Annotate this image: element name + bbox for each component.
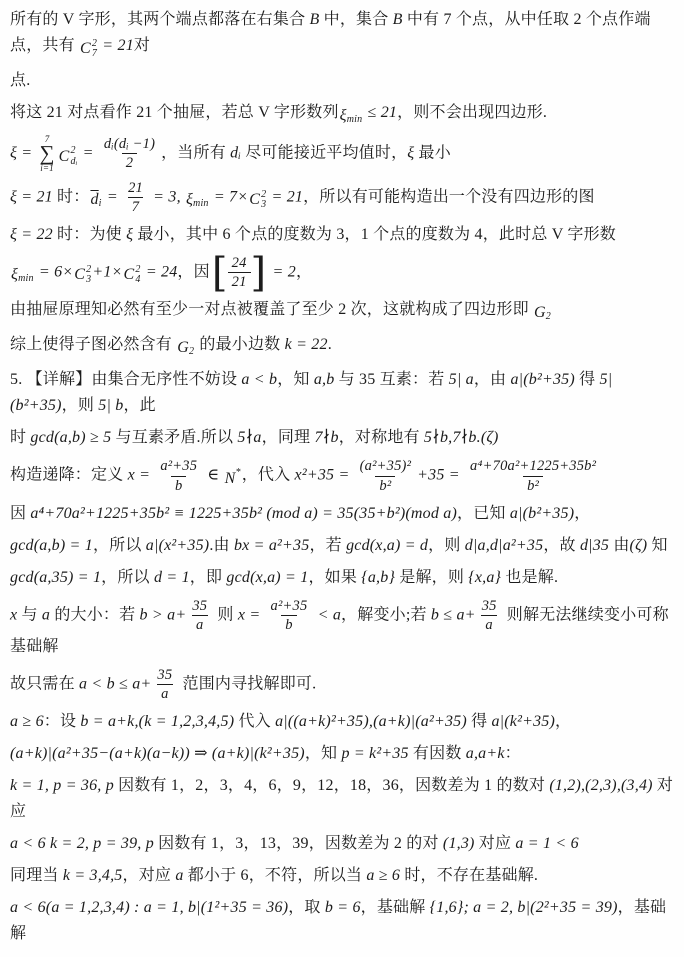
text-line: 同理当 k = 3,4,5，对应 a 都小于 6，不符，所以当 a ≥ 6 时，… [10,863,676,889]
numerator: dᵢ(dᵢ −1) [100,135,159,153]
math-run: = 7× [210,188,249,205]
math-fraction: 35a [188,597,211,634]
text-run: 综上使得子图必然含有 [10,336,176,353]
math-fraction: (a²+35)²b² [356,457,416,494]
text-run: ， [555,713,571,730]
math-run: b > a+ [140,606,187,623]
math-run: gcd(a,b) ≥ 5 [30,429,111,446]
denominator: 2 [122,153,137,172]
math-run: a [42,606,50,623]
text-run: 同理当 [10,867,63,884]
text-run: ，对称地有 [339,429,424,446]
math-run: < a [313,606,341,623]
math-scripts: 24 [135,265,140,286]
text-run: ，基础解 [361,899,430,916]
text-line: a ≥ 6：设 b = a+k,(k = 1,2,3,4,5) 代入 a|((a… [10,709,676,735]
math-run: d|a,d|a²+35 [465,537,544,554]
math-run: (1,2),(2,3),(3,4) [549,777,652,794]
math-sub: i [99,191,102,217]
text-run: 得 [575,371,600,388]
math-run: a|(x²+35) [146,537,210,554]
math-overline: di [90,187,101,213]
math-supsub: G2 [177,335,194,361]
bracket-open-icon: [ [212,255,228,291]
text-line: 5. 【详解】由集合无序性不妨设 a < b，知 a,b 与 35 互素：若 5… [10,367,676,419]
math-sub: 7 [92,49,97,60]
text-run: ，所以 [93,537,146,554]
text-run: ，则不会出现四边形. [397,104,547,121]
text-run: ， [296,263,312,280]
math-run: 5∤a [237,429,261,446]
text-line: ξmin = 6×C23+1×C24 = 24，因[2421] = 2， [10,254,676,291]
text-run: ， [574,505,590,522]
text-run: ，知 [277,371,314,388]
math-base: C [124,262,135,288]
math-sub: 4 [135,275,140,286]
text-run: ，知 [305,745,342,762]
math-run: = 3, [149,188,185,205]
math-fraction: 35a [153,666,176,703]
numerator: 21 [124,179,147,197]
text-run: 5. 【详解】由集合无序性不妨设 [10,371,241,388]
text-run: . [328,336,332,353]
math-base: C [80,36,91,62]
math-base: N [225,466,236,492]
text-line: ξ = 22 时：为使 ξ 最小，其中 6 个点的度数为 3，1 个点的度数为 … [10,222,676,248]
text-line: x 与 a 的大小：若 b > a+35a 则 x = a²+35b < a，解… [10,597,676,660]
text-line: 由抽屉原理知必然有至少一对点被覆盖了至少 2 次，这就构成了四边形即 G2 [10,297,676,326]
text-run: ，如果 [308,569,361,586]
text-run: 对 [134,37,150,54]
math-run: {x,a} [468,569,501,586]
text-run: ，此 [123,397,155,414]
math-run: gcd(x,a) = 1 [226,569,308,586]
math-scripts: 27 [92,39,97,60]
math-run: bx = a²+35 [234,537,310,554]
text-run: ，所以 [101,569,154,586]
math-sum: 7∑i=1 [39,135,54,173]
text-run: 时，不存在基础解. [400,867,538,884]
text-run: ，若 [309,537,346,554]
text-run: ，同理 [262,429,315,446]
text-run: ，代入 [242,467,295,484]
math-base: ξ [11,262,18,288]
text-run: 点. [10,72,30,89]
denominator: b [281,615,296,634]
math-fraction: 217 [124,179,147,216]
math-run: gcd(x,a) = d [346,537,428,554]
math-base: G [534,300,546,326]
text-run: ，已知 [457,505,510,522]
numerator: a²+35 [156,457,201,475]
text-run: ，即 [190,569,227,586]
text-run: ，故 [543,537,580,554]
math-base: C [249,187,260,213]
text-line: gcd(a,35) = 1，所以 d = 1，即 gcd(x,a) = 1，如果… [10,565,676,591]
math-fraction: dᵢ(dᵢ −1)2 [100,135,159,172]
text-run: 的大小：若 [50,606,139,623]
math-run: b = 6 [325,899,361,916]
text-run: ，则 [428,537,465,554]
math-run: (a+k)|(a²+35−(a+k)(a−k)) ⇒ (a+k)|(k²+35) [10,745,305,762]
text-run: 都小于 6，不符，所以当 [184,867,367,884]
fraction-stack: 217 [124,179,147,216]
text-run: 代入 [234,713,275,730]
math-scripts: 2dᵢ [71,146,78,167]
fraction-stack: a²+35b [156,457,201,494]
math-fraction: a²+35b [267,597,312,634]
math-run: 7∤b [314,429,338,446]
math-run: dᵢ [230,145,241,162]
math-run: a < b ≤ a+ [79,675,151,692]
text-line: a < 6 k = 2, p = 39, p 因数有 1，3，13，39，因数差… [10,831,676,857]
fraction-stack: a²+35b [267,597,312,634]
math-supsub: ξmin [11,262,34,288]
text-run: 时：为使 [53,226,126,243]
text-run: 由抽屉原理知必然有至少一对点被覆盖了至少 2 次，这就构成了四边形即 [10,301,533,318]
math-run: +35 = [417,467,464,484]
text-run: 与 [17,606,42,623]
text-run: 将这 21 对点看作 21 个抽屉，若总 V 字形数列 [10,104,339,121]
fraction-stack: a⁴+70a²+1225+35b²b² [466,457,600,494]
math-run: = 2 [268,263,296,280]
text-run: ，由 [474,371,511,388]
math-sub: 2 [189,339,194,365]
math-supsub: C23 [249,187,266,213]
math-run: a ≥ 6 [366,867,400,884]
text-line: gcd(a,b) = 1，所以 a|(x²+35).由 bx = a²+35，若… [10,533,676,559]
text-line: ξ = 7∑i=1C2dᵢ = dᵢ(dᵢ −1)2，当所有 dᵢ 尽可能接近平… [10,135,676,173]
math-sub: min [193,191,209,217]
numerator: 35 [188,597,211,615]
numerator: 24 [228,254,251,272]
text-run: 时： [53,188,90,205]
text-run: 所有的 V 字形，其两个端点都落在右集合 [10,11,309,28]
fraction-stack: 35a [478,597,501,634]
math-run: a,b [314,371,335,388]
text-line: 点. [10,68,676,94]
text-run: 时 [10,429,30,446]
text-run: 范围内寻找解即可. [178,675,316,692]
text-line: 所有的 V 字形，其两个端点都落在右集合 B 中，集合 B 中有 7 个点，从中… [10,7,676,62]
text-run: ，所以有可能构造出一个没有四边形的图 [303,188,595,205]
text-run: 中，集合 [319,11,392,28]
text-line: 因 a⁴+70a²+1225+35b² ≡ 1225+35b² (mod a) … [10,501,676,527]
math-run: a⁴+70a²+1225+35b² ≡ 1225+35b² (mod a) = … [30,505,457,522]
math-run: b ≤ a+ [431,606,476,623]
math-run: a|(b²+35) [510,371,574,388]
math-run: a|(k²+35) [491,713,555,730]
math-run: 5| b [98,397,123,414]
text-line: k = 1, p = 36, p 因数有 1，2，3，4，6，9，12，18，3… [10,773,676,825]
fraction-stack: (a²+35)²b² [356,457,416,494]
math-supsub: G2 [534,300,551,326]
text-line: a < 6(a = 1,2,3,4) : a = 1, b|(1²+35 = 3… [10,895,676,947]
math-base: C [59,144,70,170]
math-run: gcd(a,b) = 1 [10,537,93,554]
math-run: a|((a+k)²+35),(a+k)|(a²+35) [275,713,467,730]
math-run: 5∤b,7∤b.(ζ) [424,429,499,446]
text-run: ，则 [62,397,99,414]
numerator: (a²+35)² [356,457,416,475]
math-sup: * [236,460,241,486]
text-run: .由 [209,537,234,554]
text-run: 因数有 1，2，3，4，6，9，12，18，36，因数差为 1 的数对 [114,777,549,794]
math-run: a ≥ 6 [10,713,44,730]
sum-lower-limit: i=1 [40,164,54,173]
text-run: 由 [609,537,629,554]
text-run: 与互素矛盾.所以 [111,429,237,446]
text-run: 与 35 互素：若 [334,371,448,388]
math-run: a < b [241,371,277,388]
text-run: 得 [467,713,492,730]
math-run: k = 1, p = 36, p [10,777,114,794]
text-line: ξ = 21 时：di = 217 = 3, ξmin = 7×C23 = 21… [10,179,676,216]
math-run: x²+35 = [295,467,354,484]
math-run: d = 1 [154,569,190,586]
math-run: ξ = [10,145,36,162]
overline-base: d [90,187,98,213]
math-run: ∈ [203,467,223,484]
numerator: a²+35 [267,597,312,615]
text-line: 综上使得子图必然含有 G2 的最小边数 k = 22. [10,332,676,361]
text-run: ： [505,745,521,762]
math-run: a < 6 k = 2, p = 39, p [10,835,154,852]
text-run: 最小，其中 6 个点的度数为 3，1 个点的度数为 4，此时总 V 字形数 [133,226,616,243]
text-run: 也是解. [501,569,558,586]
math-run: d|35 [580,537,609,554]
text-run: 构造递降：定义 [10,467,128,484]
math-supsub: C2dᵢ [59,144,78,170]
text-run: ：设 [44,713,81,730]
denominator: 21 [228,272,251,291]
denominator: a [192,615,207,634]
text-run: ，解变小;若 [341,606,431,623]
text-line: 时 gcd(a,b) ≥ 5 与互素矛盾.所以 5∤a，同理 7∤b，对称地有 … [10,425,676,451]
text-run: 因 [10,505,30,522]
document-content: 所有的 V 字形，其两个端点都落在右集合 B 中，集合 B 中有 7 个点，从中… [10,7,676,947]
text-line: 构造递降：定义 x = a²+35b ∈ N*，代入 x²+35 = (a²+3… [10,457,676,494]
math-base: C [74,262,85,288]
math-run: a < 6(a = 1,2,3,4) : a = 1, b|(1²+35 = 3… [10,899,288,916]
math-run: b = a+k,(k = 1,2,3,4,5) [80,713,234,730]
math-scripts: 23 [86,265,91,286]
math-run: x = [128,467,155,484]
fraction-stack: 2421 [228,254,251,291]
math-run: = 21 [98,37,134,54]
denominator: 7 [128,197,143,216]
math-run: (ζ) [630,537,648,554]
text-run: 故只需在 [10,675,79,692]
bracket-close-icon: ] [251,255,267,291]
math-run: {1,6}; a = 2, b|(2²+35 = 39) [430,899,618,916]
text-run: 最小 [414,145,451,162]
math-run: = 24 [142,263,178,280]
math-sub: min [18,266,34,292]
math-run: a,a+k [466,745,505,762]
math-supsub: C24 [124,262,141,288]
numerator: a⁴+70a²+1225+35b² [466,457,600,475]
fraction-stack: 35a [188,597,211,634]
text-run: ，对应 [123,867,176,884]
numerator: 35 [478,597,501,615]
text-line: 将这 21 对点看作 21 个抽屉，若总 V 字形数列ξmin ≤ 21，则不会… [10,100,676,129]
denominator: b² [523,476,543,495]
math-run: {a,b} [361,569,395,586]
math-run: = [78,145,97,162]
math-run: = 21 [267,188,303,205]
math-run: a = 1 < 6 [515,835,578,852]
math-fraction: 35a [478,597,501,634]
text-run: 对应 [475,835,516,852]
document-page: 所有的 V 字形，其两个端点都落在右集合 B 中，集合 B 中有 7 个点，从中… [0,0,684,957]
fraction-stack: 35a [153,666,176,703]
math-run: B [393,11,403,28]
math-supsub: N* [225,466,241,492]
sigma-icon: ∑ [39,144,54,164]
math-run: ξ = 21 [10,188,53,205]
math-run: x = [238,606,265,623]
math-run: a [175,867,183,884]
text-run: 知 [647,537,667,554]
math-sub: 3 [261,200,266,211]
math-fraction: a²+35b [156,457,201,494]
math-scripts: 23 [261,190,266,211]
math-run: gcd(a,35) = 1 [10,569,101,586]
math-supsub: C27 [80,36,97,62]
math-supsub: C23 [74,262,91,288]
math-run: (1,3) [443,835,475,852]
math-run: +1× [92,263,122,280]
math-run: k = 22 [285,336,328,353]
math-sub: dᵢ [71,157,78,168]
math-run: k = 3,4,5 [63,867,123,884]
math-sub: 3 [86,275,91,286]
math-run: ≤ 21 [363,104,397,121]
denominator: b [171,476,186,495]
math-sub: min [347,107,363,133]
math-supsub: ξmin [186,187,209,213]
math-run: a|(b²+35) [510,505,574,522]
fraction-stack: dᵢ(dᵢ −1)2 [100,135,159,172]
math-fraction: a⁴+70a²+1225+35b²b² [466,457,600,494]
text-run: ，因 [177,263,209,280]
text-run: 则 [213,606,238,623]
text-line: 故只需在 a < b ≤ a+35a 范围内寻找解即可. [10,666,676,703]
numerator: 35 [153,666,176,684]
text-run: 是解，则 [395,569,468,586]
denominator: a [481,615,496,634]
text-run: ，取 [288,899,325,916]
math-run: = [103,188,122,205]
math-base: ξ [340,103,347,129]
denominator: b² [375,476,395,495]
text-run: 有因数 [409,745,466,762]
math-run: B [309,11,319,28]
math-run: = 6× [35,263,74,280]
math-run: ξ = 22 [10,226,53,243]
text-line: (a+k)|(a²+35−(a+k)(a−k)) ⇒ (a+k)|(k²+35)… [10,741,676,767]
math-fraction: [2421] [212,254,267,291]
math-run: p = k²+35 [341,745,408,762]
text-run: 的最小边数 [195,336,284,353]
text-run: ，当所有 [161,145,230,162]
denominator: a [157,684,172,703]
text-run: 因数有 1，3，13，39，因数差为 2 的对 [154,835,443,852]
math-run: 5| a [449,371,474,388]
math-base: G [177,335,189,361]
math-supsub: ξmin [340,103,363,129]
math-base: ξ [186,187,193,213]
text-run: 尽可能接近平均值时， [241,145,407,162]
math-sub: 2 [546,304,551,330]
